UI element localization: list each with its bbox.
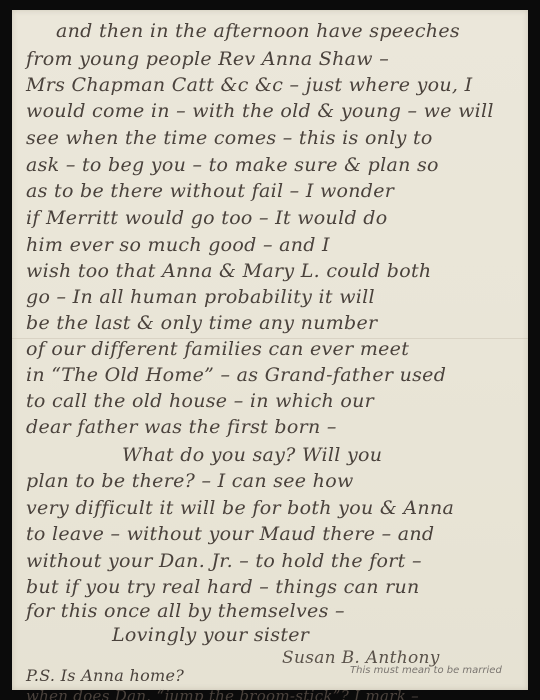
letter-line: of our different families can ever meet xyxy=(26,338,409,360)
letter-line: Mrs Chapman Catt &c &c – just where you,… xyxy=(26,74,472,96)
letter-line: wish too that Anna & Mary L. could both xyxy=(26,260,431,282)
letter-line: be the last & only time any number xyxy=(26,312,377,334)
closing: Lovingly your sister xyxy=(112,624,309,646)
letter-line: as to be there without fail – I wonder xyxy=(26,180,394,202)
letter-line: What do you say? Will you xyxy=(122,444,382,466)
letter-line: from young people Rev Anna Shaw – xyxy=(26,48,389,70)
postscript-line: when does Dan. “jump the broom-stick”? I… xyxy=(26,687,419,700)
letter-line: to leave – without your Maud there – and xyxy=(26,523,434,545)
pencil-annotation: This must mean to be married xyxy=(350,665,502,676)
letter-line: him ever so much good – and I xyxy=(26,234,330,256)
letter-line: very difficult it will be for both you &… xyxy=(26,497,454,519)
letter-line: for this once all by themselves – xyxy=(26,600,345,622)
letter-line: to call the old house – in which our xyxy=(26,390,374,412)
letter-line: see when the time comes – this is only t… xyxy=(26,127,433,149)
letter-line: ask – to beg you – to make sure & plan s… xyxy=(26,154,439,176)
postscript-line: P.S. Is Anna home? xyxy=(26,666,184,685)
letter-line: if Merritt would go too – It would do xyxy=(26,207,387,229)
letter-line: would come in – with the old & young – w… xyxy=(26,100,494,122)
letter-page: and then in the afternoon have speeches … xyxy=(12,10,528,690)
letter-line: plan to be there? – I can see how xyxy=(26,470,354,492)
letter-line: in “The Old Home” – as Grand-father used xyxy=(26,364,446,386)
letter-line: without your Dan. Jr. – to hold the fort… xyxy=(26,550,422,572)
letter-line: and then in the afternoon have speeches xyxy=(56,20,460,42)
letter-line: dear father was the first born – xyxy=(26,416,337,438)
letter-line: go – In all human probability it will xyxy=(26,286,375,308)
letter-line: but if you try real hard – things can ru… xyxy=(26,576,420,598)
